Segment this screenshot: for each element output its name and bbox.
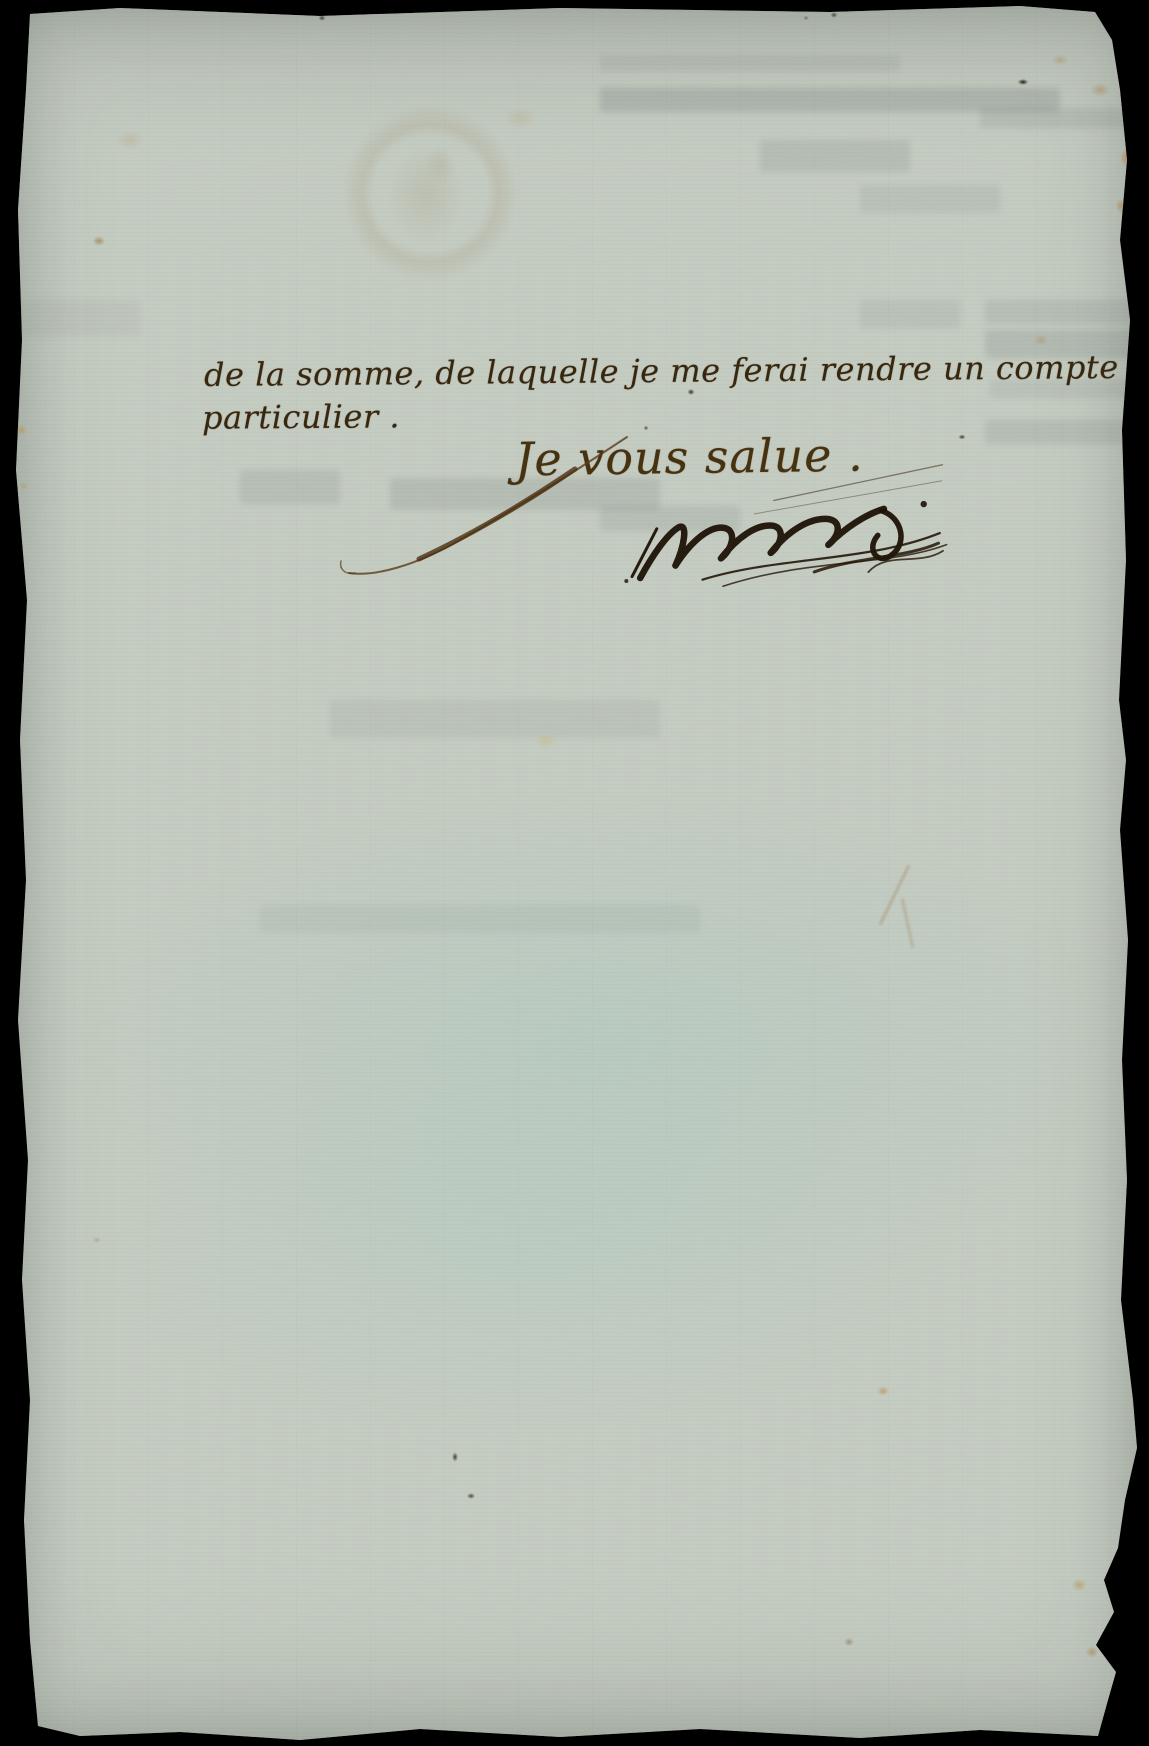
bleedthrough-smudge — [600, 88, 1060, 112]
bleedthrough-smudge — [985, 300, 1135, 324]
letter-paper: de la somme, de laquelle je me ferai ren… — [0, 0, 1149, 1746]
handwritten-salutation: Je vous salue . — [515, 428, 864, 487]
bleedthrough-smudge — [760, 140, 910, 172]
handwritten-body-line-2: particulier . — [202, 397, 400, 436]
bleedthrough-handwriting — [879, 865, 911, 926]
photo-vignette — [0, 0, 1149, 1746]
bleedthrough-smudge — [600, 506, 740, 531]
laid-paper-texture — [0, 0, 1149, 1746]
embossed-seal-watermark — [330, 95, 530, 300]
handwritten-body-line-1: de la somme, de laquelle je me ferai ren… — [204, 348, 1119, 394]
bleedthrough-handwriting — [901, 898, 914, 948]
bleedthrough-smudge — [985, 420, 1123, 444]
bleedthrough-smudge — [860, 300, 960, 328]
bleedthrough-smudge — [330, 700, 660, 738]
bleedthrough-smudge — [980, 108, 1135, 128]
paper-grain-texture — [0, 0, 1149, 1746]
bleedthrough-smudge — [600, 55, 900, 71]
bleedthrough-smudge — [0, 300, 140, 336]
bleedthrough-smudge — [240, 470, 340, 504]
photograph-backdrop: de la somme, de laquelle je me ferai ren… — [0, 0, 1149, 1746]
bleedthrough-smudge — [860, 185, 1000, 213]
foxing-stains-layer — [0, 0, 1149, 1746]
bleedthrough-smudge — [260, 905, 700, 933]
